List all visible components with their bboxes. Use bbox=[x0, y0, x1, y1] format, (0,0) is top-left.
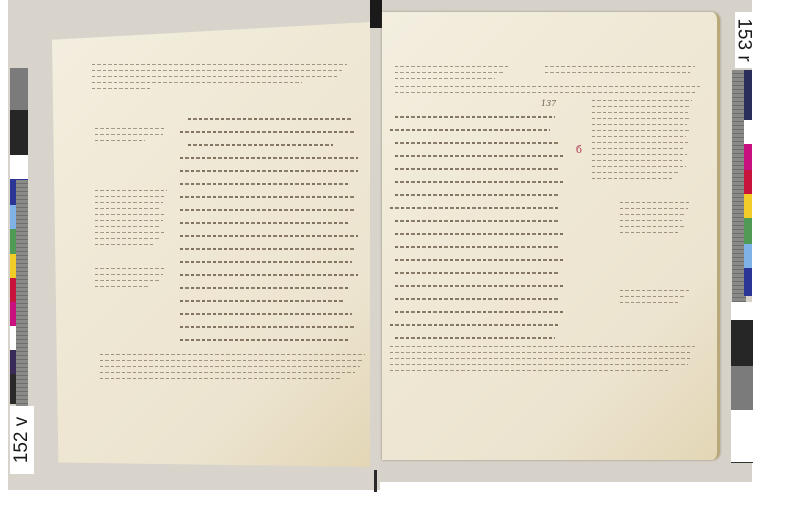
folio-label-152v: 152 v bbox=[11, 417, 33, 463]
folio-label-right: 153 r bbox=[735, 12, 753, 68]
folio-label-left: 152 v bbox=[10, 406, 34, 474]
color-target-right-lower bbox=[731, 302, 753, 463]
rubric-mark: б bbox=[576, 145, 582, 156]
folio-label-153r: 153 r bbox=[733, 18, 755, 61]
color-target-right bbox=[744, 70, 752, 296]
manuscript-page-recto bbox=[382, 12, 720, 460]
gutter-shadow-bottom bbox=[374, 470, 377, 492]
folio-page-number: 137 bbox=[541, 99, 556, 108]
gutter-shadow bbox=[370, 0, 382, 28]
ruler-left bbox=[16, 180, 28, 406]
